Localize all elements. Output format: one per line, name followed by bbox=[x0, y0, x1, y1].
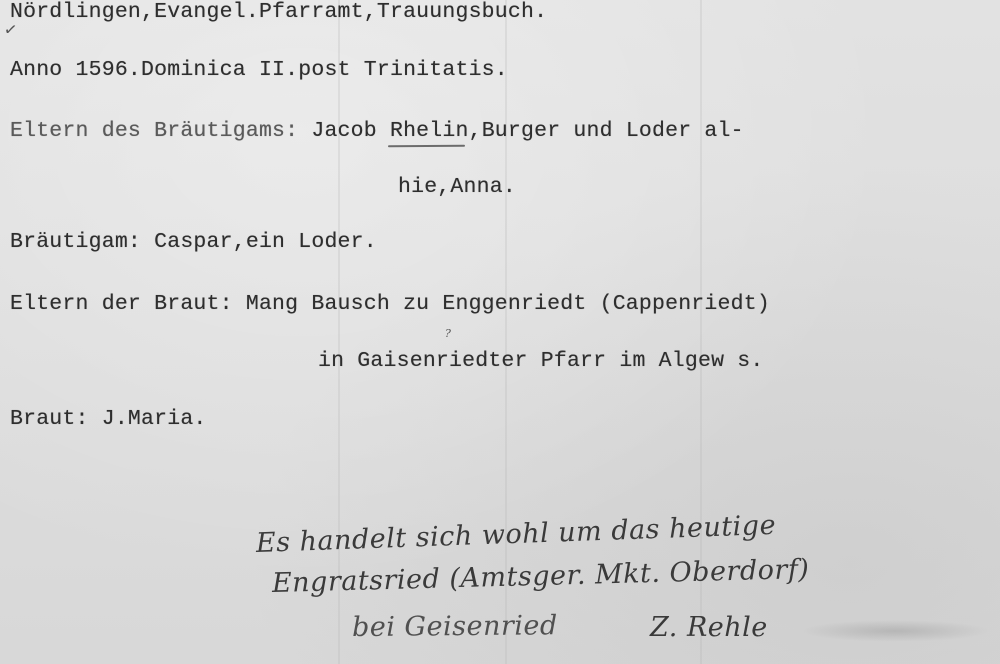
bride-line: Braut: J.Maria. bbox=[10, 409, 207, 431]
groom-line: Bräutigam: Caspar,ein Loder. bbox=[10, 232, 377, 254]
bleed-through-stripe bbox=[338, 0, 340, 664]
groom-father-suffix: ,Burger und Loder al- bbox=[469, 119, 744, 143]
date-line: Anno 1596.Dominica II.post Trinitatis. bbox=[10, 60, 508, 82]
paper-smudge bbox=[800, 620, 990, 642]
handwritten-signature: Z. Rehle bbox=[650, 612, 768, 643]
handwritten-note-line-3: bei Geisenried bbox=[352, 610, 558, 643]
groom-parents-label: Eltern des Bräutigams: bbox=[10, 119, 298, 143]
groom-father-prefix: Jacob bbox=[298, 119, 390, 143]
bride-parents-line-2: in Gaisenriedter Pfarr im Algew s. bbox=[318, 351, 763, 373]
groom-parents-line-2: hie,Anna. bbox=[398, 177, 516, 199]
groom-surname: Rhelin bbox=[390, 119, 469, 143]
groom-parents-line-1: Eltern des Bräutigams: Jacob Rhelin,Burg… bbox=[10, 121, 744, 143]
question-mark-annotation: ? bbox=[445, 327, 451, 340]
document-header: Nördlingen,Evangel.Pfarramt,Trauungsbuch… bbox=[10, 2, 547, 24]
bride-parents-line-1: Eltern der Braut: Mang Bausch zu Enggenr… bbox=[10, 294, 770, 316]
